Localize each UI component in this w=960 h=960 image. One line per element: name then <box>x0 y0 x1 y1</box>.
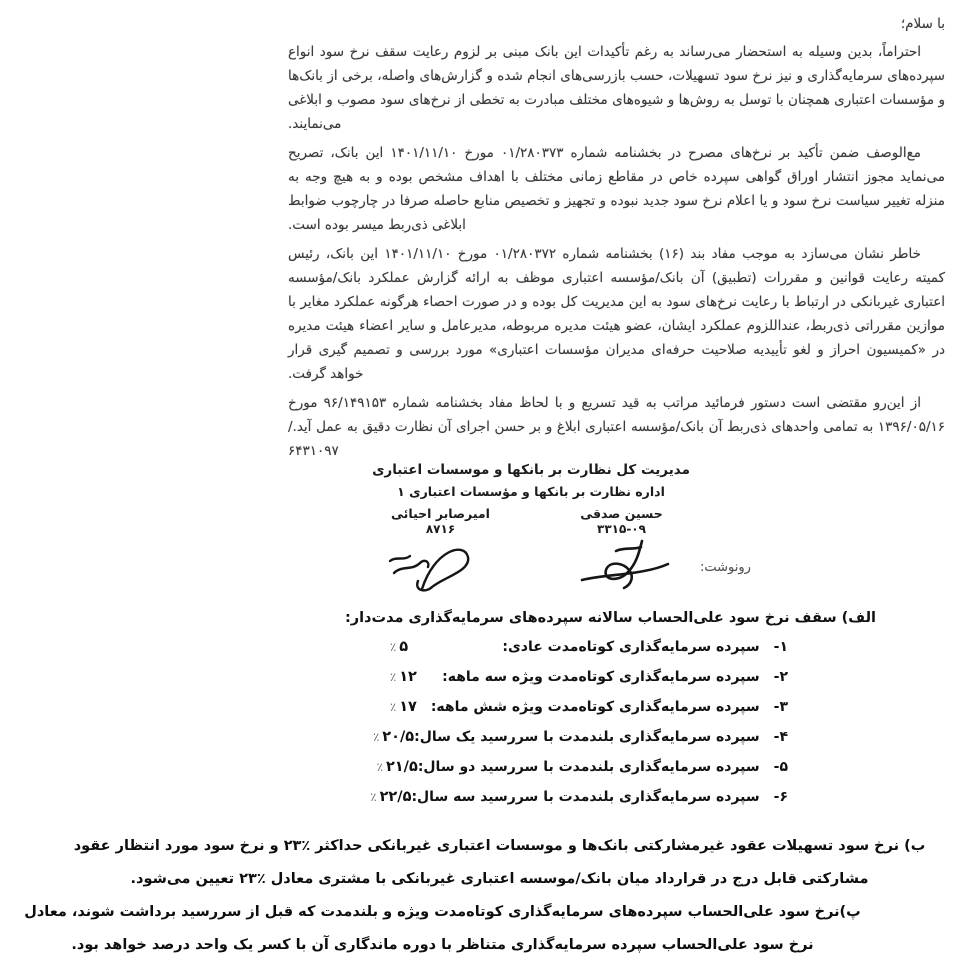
rate-value: ٪۲۱/۵ <box>377 756 418 775</box>
rate-label: سپرده سرمایه‌گذاری بلندمدت با سررسید سه … <box>411 789 759 805</box>
rate-label: سپرده سرمایه‌گذاری کوتاه‌مدت ویژه شش ماه… <box>431 699 760 715</box>
signer-left: امیرصابر احیائی ۸۷۱۶ <box>354 506 528 601</box>
rate-number: ۶- <box>774 789 788 805</box>
letter-paragraph-3: خاطر نشان می‌سازد به موجب مفاد بند (۱۶) … <box>288 242 945 386</box>
percent-icon: ٪ <box>377 760 383 774</box>
rate-value: ٪۱۲ <box>390 666 417 685</box>
rate-number: ۳- <box>774 699 788 715</box>
rate-row: ۳-سپرده سرمایه‌گذاری کوتاه‌مدت ویژه شش م… <box>390 696 788 726</box>
note-paragraph-p: پ)نرخ سود علی‌الحساب سپرده‌های سرمایه‌گذ… <box>20 896 865 960</box>
rate-row: ۵-سپرده سرمایه‌گذاری بلندمدت با سررسید د… <box>390 756 788 786</box>
signer-right: حسین صدقی ۳۳۱۵-۰۹ <box>535 506 709 601</box>
signature-icon <box>566 535 678 593</box>
rate-value: ٪۱۷ <box>390 696 417 715</box>
letter-body: با سلام؛ احتراماً، بدین وسیله به استحضار… <box>288 12 945 468</box>
rate-value: ٪۵ <box>390 636 408 655</box>
rate-row: ۴-سپرده سرمایه‌گذاری بلندمدت با سررسید ی… <box>390 726 788 756</box>
letter-paragraph-4: از این‌رو مقتضی است دستور فرمائید مراتب … <box>288 391 945 463</box>
percent-icon: ٪ <box>390 640 396 654</box>
percent-icon: ٪ <box>390 670 396 684</box>
rate-label: سپرده سرمایه‌گذاری کوتاه‌مدت عادی: <box>502 639 759 655</box>
rate-row: ۲-سپرده سرمایه‌گذاری کوتاه‌مدت ویژه سه م… <box>390 666 788 696</box>
rates-title: الف) سقف نرخ سود علی‌الحساب سالانه سپرده… <box>0 610 876 626</box>
rate-value: ٪۲۲/۵ <box>370 786 411 805</box>
signer-name: حسین صدقی <box>535 506 709 522</box>
percent-icon: ٪ <box>390 700 396 714</box>
rates-list: ۱-سپرده سرمایه‌گذاری کوتاه‌مدت عادی: ٪۵ … <box>390 636 788 816</box>
rate-value: ٪۲۰/۵ <box>373 726 414 745</box>
signer-name: امیرصابر احیائی <box>354 506 528 522</box>
department-subtitle: اداره نظارت بر بانکها و مؤسسات اعتباری ۱ <box>350 482 712 502</box>
note-paragraph-b: ب) نرخ سود تسهیلات عقود غیرمشارکتی بانک‌… <box>55 830 944 896</box>
rates-section: الف) سقف نرخ سود علی‌الحساب سالانه سپرده… <box>0 610 876 816</box>
letter-paragraph-1: احتراماً، بدین وسیله به استحضار می‌رساند… <box>288 40 945 136</box>
copy-label: رونوشت: <box>700 560 751 575</box>
percent-icon: ٪ <box>370 790 376 804</box>
rate-number: ۱- <box>774 639 788 655</box>
rate-number: ۲- <box>774 669 788 685</box>
signature-block: مدیریت کل نظارت بر بانکها و موسسات اعتبا… <box>350 460 712 601</box>
percent-icon: ٪ <box>373 730 379 744</box>
rate-label: سپرده سرمایه‌گذاری بلندمدت با سررسید دو … <box>418 759 760 775</box>
rate-label: سپرده سرمایه‌گذاری کوتاه‌مدت ویژه سه ماه… <box>442 669 760 685</box>
scanned-letter-page: با سلام؛ احتراماً، بدین وسیله به استحضار… <box>0 0 960 960</box>
rate-label: سپرده سرمایه‌گذاری بلندمدت با سررسید یک … <box>414 729 760 745</box>
department-title: مدیریت کل نظارت بر بانکها و موسسات اعتبا… <box>350 460 712 480</box>
signature-icon <box>382 535 500 597</box>
rate-row: ۱-سپرده سرمایه‌گذاری کوتاه‌مدت عادی: ٪۵ <box>390 636 788 666</box>
letter-paragraph-2: مع‌الوصف ضمن تأکید بر نرخ‌های مصرح در بخ… <box>288 141 945 237</box>
rate-number: ۵- <box>774 759 788 775</box>
rate-row: ۶-سپرده سرمایه‌گذاری بلندمدت با سررسید س… <box>390 786 788 816</box>
rate-number: ۴- <box>774 729 788 745</box>
greeting: با سلام؛ <box>288 12 945 36</box>
